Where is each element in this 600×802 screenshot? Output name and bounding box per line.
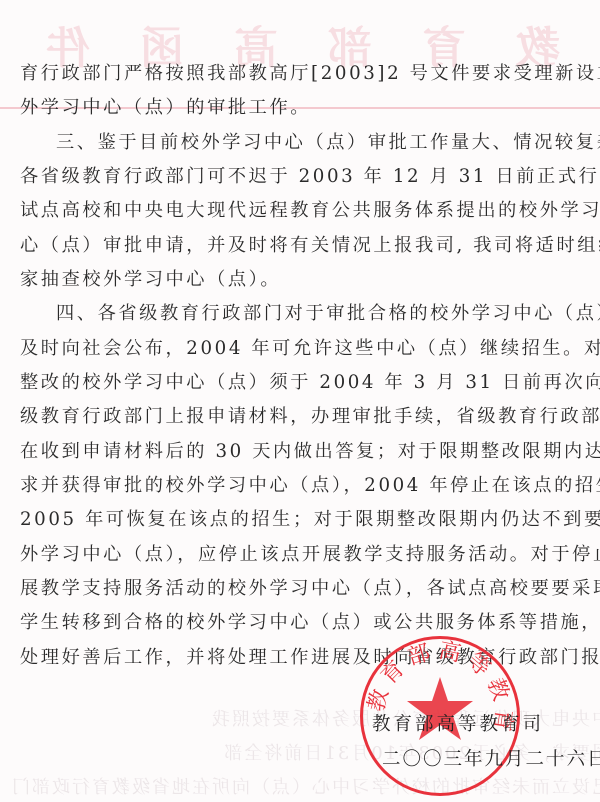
paragraph-3-start: 三、鉴于目前校外学习中心（点）审批工作量大、情况较复杂， [56,132,582,154]
body-line: 各省级教育行政部门可不迟于 2003 年 12 月 31 日前正式行文答复各 [20,166,582,188]
body-line: 试点高校和中央电大现代远程教育公共服务体系提出的校外学习中 [20,200,582,222]
paragraph-4-start: 四、各省级教育行政部门对于审批合格的校外学习中心（点）要 [56,303,582,325]
body-line: 家抽查校外学习中心（点）。 [20,269,281,291]
body-line: 级教育行政部门上报申请材料，办理审批手续，省级教育行政部门须 [20,406,582,428]
body-line: 外学习中心（点）的审批工作。 [20,97,311,119]
body-line: 育行政部门严格按照我部教高厅[2003]2 号文件要求受理新设立的校 [20,63,582,85]
issue-date: 二〇〇三年九月二十六日 [382,745,600,771]
issuer-signature: 教育部高等教育司 [372,710,544,736]
body-line: 2005 年可恢复在该点的招生；对于限期整改限期内仍达不到要求的校 [20,509,582,531]
body-line: 及时向社会公布，2004 年可允许这些中心（点）继续招生。对于限期 [20,338,582,360]
body-line: 心（点）审批申请，并及时将有关情况上报我司, 我司将适时组织专 [20,235,582,257]
body-line: 外学习中心（点），应停止该点开展教学支持服务活动。对于停止开 [20,544,582,566]
body-line: 求并获得审批的校外学习中心（点），2004 年停止在该点的招生一年， [20,475,582,497]
body-line: 展教学支持服务活动的校外学习中心（点），各试点高校要要采取将 [20,578,582,600]
body-line: 在收到申请材料后的 30 天内做出答复；对于限期整改限期内达到要 [20,441,582,463]
body-line: 学生转移到合格的校外学习中心（点）或公共服务体系等措施，妥善 [20,612,582,634]
body-line: 整改的校外学习中心（点）须于 2004 年 3 月 31 日前再次向所在地省 [20,372,582,394]
